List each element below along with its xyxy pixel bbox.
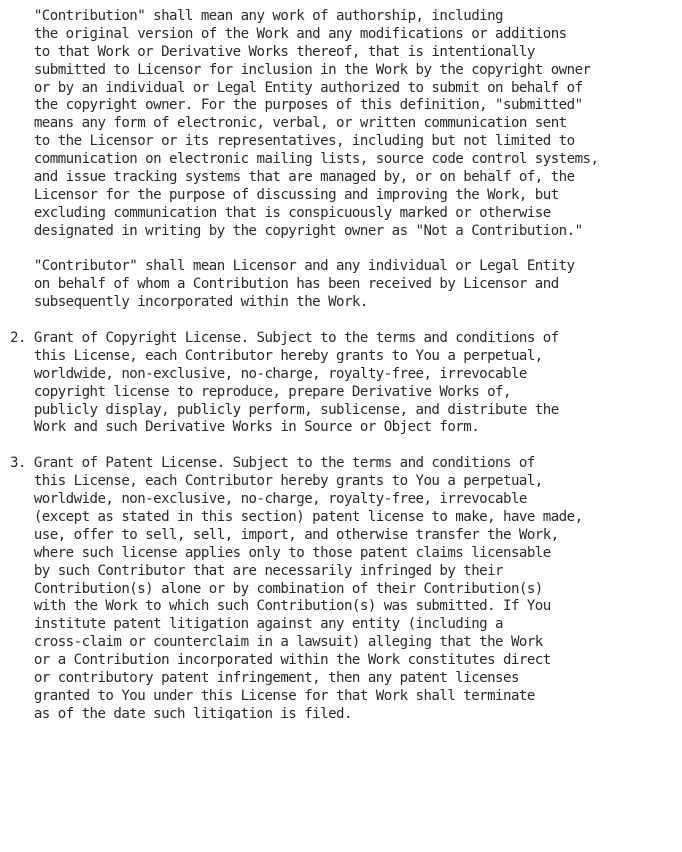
- text-line: this License, each Contributor hereby gr…: [10, 348, 598, 366]
- text-line: communication on electronic mailing list…: [10, 151, 598, 169]
- text-line: "Contribution" shall mean any work of au…: [10, 8, 598, 26]
- text-line: Licensor for the purpose of discussing a…: [10, 187, 598, 205]
- text-line: and issue tracking systems that are mana…: [10, 169, 598, 187]
- text-line: this License, each Contributor hereby gr…: [10, 473, 598, 491]
- document-viewport: "Contribution" shall mean any work of au…: [0, 0, 682, 720]
- text-line: with the Work to which such Contribution…: [10, 598, 598, 616]
- text-line: 3. Grant of Patent License. Subject to t…: [10, 455, 598, 473]
- text-line: or by an individual or Legal Entity auth…: [10, 80, 598, 98]
- text-line: (except as stated in this section) paten…: [10, 509, 598, 527]
- text-line: as of the date such litigation is filed.: [10, 706, 598, 720]
- text-line: where such license applies only to those…: [10, 545, 598, 563]
- text-line: "Contributor" shall mean Licensor and an…: [10, 258, 598, 276]
- blank-line: [10, 312, 598, 330]
- text-line: use, offer to sell, sell, import, and ot…: [10, 527, 598, 545]
- text-line: or a Contribution incorporated within th…: [10, 652, 598, 670]
- text-line: excluding communication that is conspicu…: [10, 205, 598, 223]
- text-line: or contributory patent infringement, the…: [10, 670, 598, 688]
- text-line: 2. Grant of Copyright License. Subject t…: [10, 330, 598, 348]
- text-line: to that Work or Derivative Works thereof…: [10, 44, 598, 62]
- text-line: by such Contributor that are necessarily…: [10, 563, 598, 581]
- text-line: cross-claim or counterclaim in a lawsuit…: [10, 634, 598, 652]
- blank-line: [10, 241, 598, 259]
- text-line: to the Licensor or its representatives, …: [10, 133, 598, 151]
- text-line: copyright license to reproduce, prepare …: [10, 384, 598, 402]
- document-page: "Contribution" shall mean any work of au…: [0, 0, 682, 852]
- text-line: subsequently incorporated within the Wor…: [10, 294, 598, 312]
- text-line: means any form of electronic, verbal, or…: [10, 115, 598, 133]
- text-line: Contribution(s) alone or by combination …: [10, 581, 598, 599]
- text-line: submitted to Licensor for inclusion in t…: [10, 62, 598, 80]
- text-line: on behalf of whom a Contribution has bee…: [10, 276, 598, 294]
- text-line: the original version of the Work and any…: [10, 26, 598, 44]
- text-line: institute patent litigation against any …: [10, 616, 598, 634]
- license-text: "Contribution" shall mean any work of au…: [10, 8, 598, 720]
- text-line: the copyright owner. For the purposes of…: [10, 97, 598, 115]
- text-line: designated in writing by the copyright o…: [10, 223, 598, 241]
- blank-line: [10, 437, 598, 455]
- text-line: worldwide, non-exclusive, no-charge, roy…: [10, 366, 598, 384]
- text-line: Work and such Derivative Works in Source…: [10, 419, 598, 437]
- text-line: granted to You under this License for th…: [10, 688, 598, 706]
- text-line: worldwide, non-exclusive, no-charge, roy…: [10, 491, 598, 509]
- text-line: publicly display, publicly perform, subl…: [10, 402, 598, 420]
